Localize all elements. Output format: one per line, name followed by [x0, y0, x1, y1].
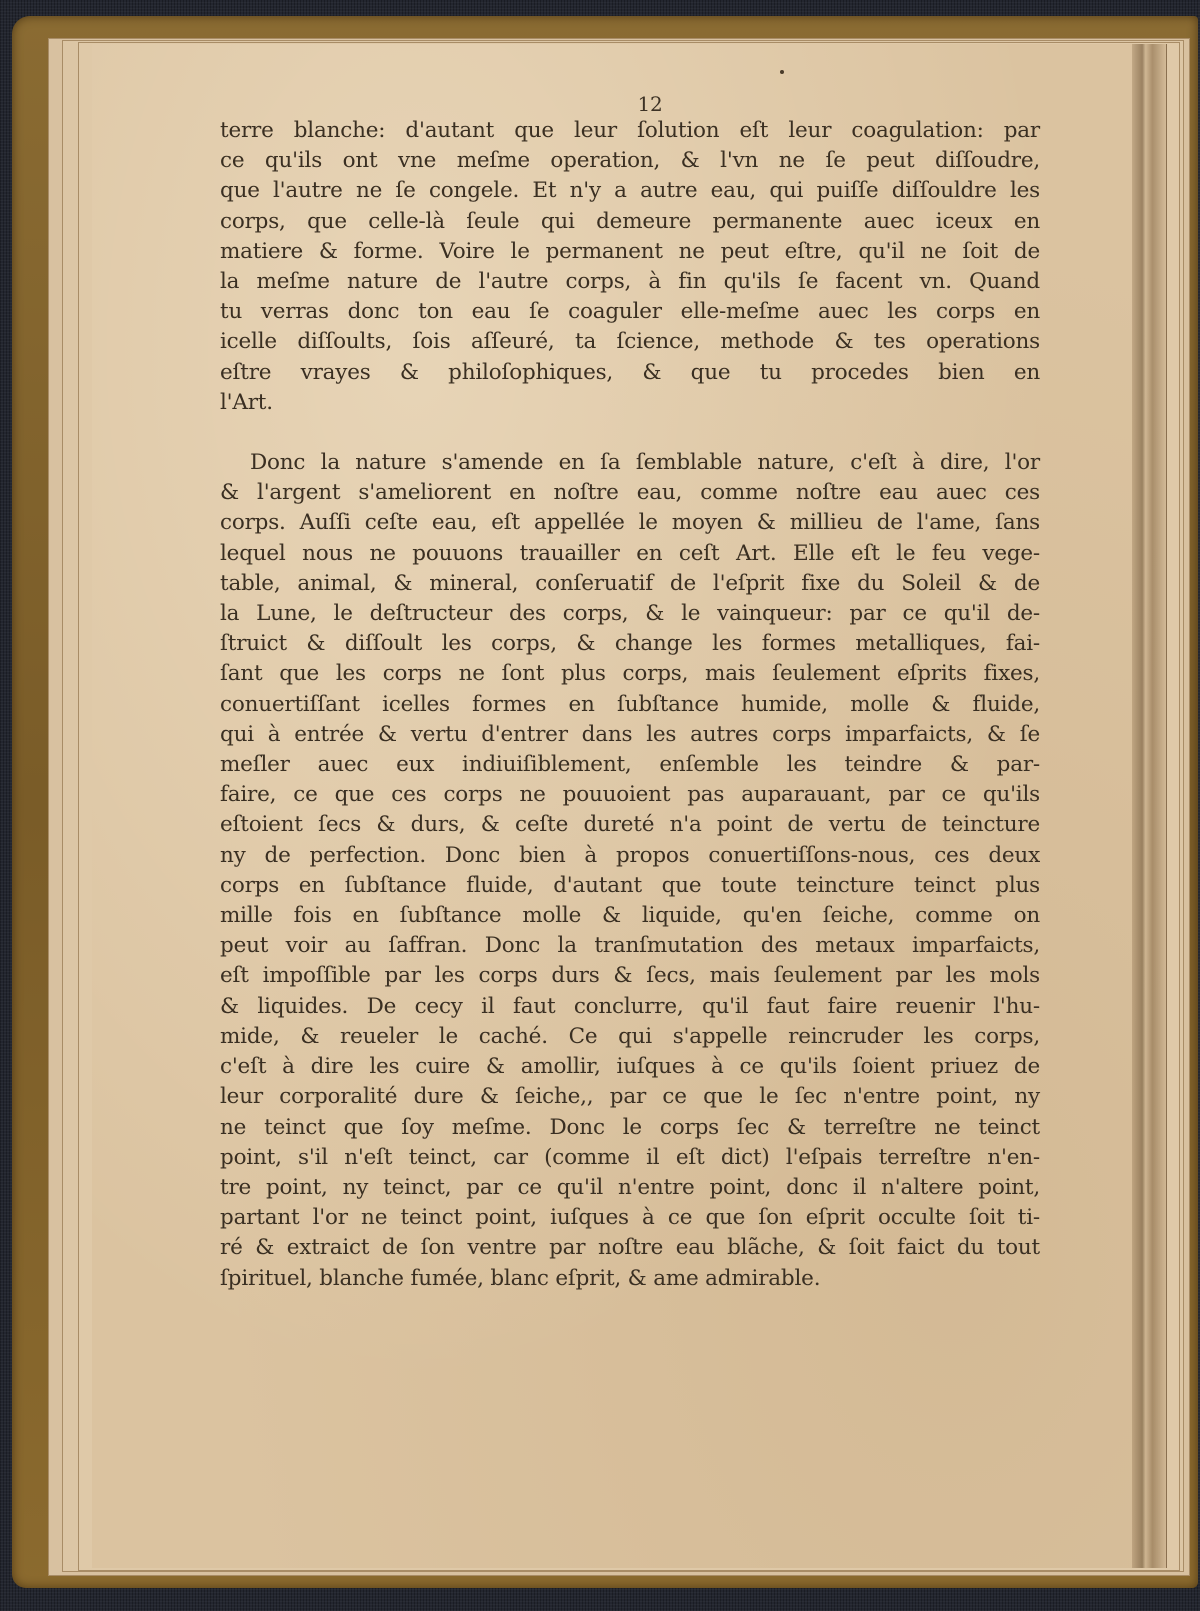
paragraph-1: terre blanche: d'autant que leur ſolutio…: [220, 116, 1040, 418]
text-line: ny de perfection. Donc bien à propos con…: [220, 841, 1040, 871]
text-line: que l'autre ne ſe congele. Et n'y a autr…: [220, 176, 1040, 206]
ink-speck: [780, 70, 784, 74]
text-line: corps en ſubſtance fluide, d'autant que …: [220, 871, 1040, 901]
page-number: 12: [260, 92, 1040, 116]
text-line: corps, que celle-là ſeule qui demeure pe…: [220, 207, 1040, 237]
text-line: eſt impoſſible par les corps durs & ſecs…: [220, 961, 1040, 991]
text-line: lequel nous ne pouuons trauailler en ceſ…: [220, 539, 1040, 569]
text-line: l'Art.: [220, 388, 1040, 418]
text-line: ne teinct que ſoy meſme. Donc le corps ſ…: [220, 1113, 1040, 1143]
text-line: partant l'or ne teinct point, iuſques à …: [220, 1203, 1040, 1233]
text-line: eſtoient ſecs & durs, & ceſte dureté n'a…: [220, 810, 1040, 840]
text-line: qui à entrée & vertu d'entrer dans les a…: [220, 720, 1040, 750]
text-line: la Lune, le deſtructeur des corps, & le …: [220, 599, 1040, 629]
paragraph-spacer: [220, 418, 1040, 448]
text-line: meſler auec eux indiuiſiblement, enſembl…: [220, 750, 1040, 780]
text-line: mide, & reueler le caché. Ce qui s'appel…: [220, 1022, 1040, 1052]
text-line: ſant que les corps ne ſont plus corps, m…: [220, 659, 1040, 689]
text-line: Donc la nature s'amende en ſa ſemblable …: [220, 448, 1040, 478]
text-line: c'eſt à dire les cuire & amollir, iuſque…: [220, 1052, 1040, 1082]
text-line: tu verras donc ton eau ſe coaguler elle-…: [220, 297, 1040, 327]
page-gutter: [1132, 44, 1166, 1568]
text-line: mille fois en ſubſtance molle & liquide,…: [220, 901, 1040, 931]
text-line: icelle diſſoults, ſois aſſeuré, ta ſcien…: [220, 327, 1040, 357]
text-line: terre blanche: d'autant que leur ſolutio…: [220, 116, 1040, 146]
text-line: faire, ce que ces corps ne pouuoient pas…: [220, 780, 1040, 810]
text-line: peut voir au ſaffran. Donc la tranſmutat…: [220, 931, 1040, 961]
text-line: ſtruict & diſſoult les corps, & change l…: [220, 629, 1040, 659]
text-line: matiere & forme. Voire le permanent ne p…: [220, 237, 1040, 267]
text-line: tre point, ny teinct, par ce qu'il n'ent…: [220, 1173, 1040, 1203]
text-line: leur corporalité dure & ſeiche,, par ce …: [220, 1082, 1040, 1112]
paragraph-2: Donc la nature s'amende en ſa ſemblable …: [220, 448, 1040, 1294]
text-line: conuertiſſant icelles formes en ſubſtanc…: [220, 690, 1040, 720]
text-line: corps. Auſſi ceſte eau, eſt appellée le …: [220, 508, 1040, 538]
text-line: & l'argent s'ameliorent en noſtre eau, c…: [220, 478, 1040, 508]
text-line: & liquides. De cecy il faut conclurre, q…: [220, 992, 1040, 1022]
text-line: la meſme nature de l'autre corps, à fin …: [220, 267, 1040, 297]
text-line: table, animal, & mineral, conſeruatif de…: [220, 569, 1040, 599]
text-line: point, s'il n'eſt teinct, car (comme il …: [220, 1143, 1040, 1173]
text-line: ſpirituel, blanche fumée, blanc eſprit, …: [220, 1264, 1040, 1294]
text-line: ré & extraict de ſon ventre par noſtre e…: [220, 1233, 1040, 1263]
text-line: ce qu'ils ont vne meſme operation, & l'v…: [220, 146, 1040, 176]
page-text: 12 terre blanche: d'autant que leur ſolu…: [220, 92, 1040, 1294]
text-line: eſtre vrayes & philoſophiques, & que tu …: [220, 358, 1040, 388]
